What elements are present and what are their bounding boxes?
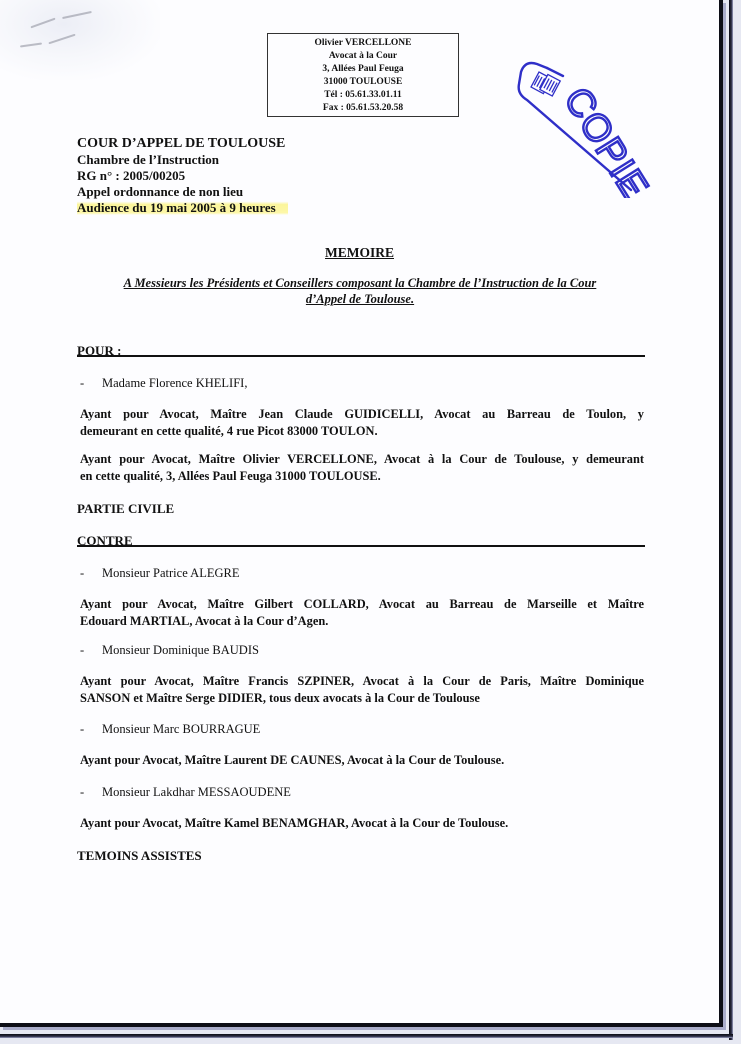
- court-header: COUR D’APPEL DE TOULOUSE Chambre de l’In…: [77, 136, 288, 216]
- case-number: RG n° : 2005/00205: [77, 168, 288, 184]
- appeal-type: Appel ordonnance de non lieu: [77, 184, 288, 200]
- letterhead-name: Olivier VERCELLONE: [268, 37, 458, 50]
- court-name: COUR D’APPEL DE TOULOUSE: [77, 136, 288, 152]
- bullet-dash: -: [80, 566, 102, 581]
- lawyer-line-2: demeurant en cette qualité, 4 rue Picot …: [80, 423, 644, 440]
- section-contre-rule: [77, 545, 645, 547]
- lawyer-line-1: Ayant pour Avocat, Maître Francis SZPINE…: [80, 673, 644, 690]
- addressee: A Messieurs les Présidents et Conseiller…: [90, 275, 630, 307]
- defendant: -Monsieur Patrice ALEGRE: [80, 566, 239, 581]
- page-frame-bottom: [0, 1034, 733, 1038]
- defendant-name: Monsieur Patrice ALEGRE: [102, 566, 239, 580]
- plaintiff-name: Madame Florence KHELIFI,: [102, 376, 247, 390]
- defendant: -Monsieur Marc BOURRAGUE: [80, 722, 260, 737]
- letterhead-title: Avocat à la Cour: [268, 50, 458, 63]
- lawyer-line-2: Edouard MARTIAL, Avocat à la Cour d’Agen…: [80, 613, 644, 630]
- page-frame-right: [729, 0, 733, 1040]
- defendant: -Monsieur Dominique BAUDIS: [80, 643, 259, 658]
- defendant-lawyers: Ayant pour Avocat, Maître Francis SZPINE…: [80, 673, 644, 707]
- document-title: MEMOIRE: [0, 245, 719, 261]
- letterhead-phone: Tél : 05.61.33.01.11: [268, 89, 458, 102]
- defendant: -Monsieur Lakdhar MESSAOUDENE: [80, 785, 291, 800]
- stamp-text: COPIE: [555, 81, 656, 198]
- hearing-date: Audience du 19 mai 2005 à 9 heures: [77, 200, 288, 215]
- lawyer-line-1: Ayant pour Avocat, Maître Jean Claude GU…: [80, 406, 644, 423]
- lawyer-line-1: Ayant pour Avocat, Maître Laurent DE CAU…: [80, 752, 644, 769]
- role-partie-civile: PARTIE CIVILE: [77, 501, 174, 517]
- bullet-dash: -: [80, 722, 102, 737]
- copie-stamp: COPIE: [513, 58, 673, 198]
- defendant-name: Monsieur Lakdhar MESSAOUDENE: [102, 785, 291, 799]
- letterhead-fax: Fax : 05.61.53.20.58: [268, 102, 458, 115]
- documents-icon: [531, 70, 560, 98]
- defendant-name: Monsieur Dominique BAUDIS: [102, 643, 259, 657]
- paper-crease: [0, 0, 160, 80]
- letterhead-city: 31000 TOULOUSE: [268, 76, 458, 89]
- defendant-lawyers: Ayant pour Avocat, Maître Gilbert COLLAR…: [80, 596, 644, 630]
- addressee-line-2: d’Appel de Toulouse.: [90, 291, 630, 307]
- bullet-dash: -: [80, 643, 102, 658]
- defendant-lawyers: Ayant pour Avocat, Maître Kamel BENAMGHA…: [80, 815, 644, 832]
- letterhead-street: 3, Allées Paul Feuga: [268, 63, 458, 76]
- plaintiff: -Madame Florence KHELIFI,: [80, 376, 247, 391]
- chamber-name: Chambre de l’Instruction: [77, 152, 288, 168]
- lawyer-line-2: en cette qualité, 3, Allées Paul Feuga 3…: [80, 468, 644, 485]
- bullet-dash: -: [80, 376, 102, 391]
- defendant-name: Monsieur Marc BOURRAGUE: [102, 722, 260, 736]
- document-page: Olivier VERCELLONE Avocat à la Cour 3, A…: [0, 0, 723, 1027]
- section-pour-rule: [77, 355, 645, 357]
- lawyer-line-1: Ayant pour Avocat, Maître Gilbert COLLAR…: [80, 596, 644, 613]
- letterhead-box: Olivier VERCELLONE Avocat à la Cour 3, A…: [267, 33, 459, 117]
- lawyer-line-1: Ayant pour Avocat, Maître Kamel BENAMGHA…: [80, 815, 644, 832]
- defendant-lawyers: Ayant pour Avocat, Maître Laurent DE CAU…: [80, 752, 644, 769]
- lawyer-line-2: SANSON et Maître Serge DIDIER, tous deux…: [80, 690, 644, 707]
- lawyer-line-1: Ayant pour Avocat, Maître Olivier VERCEL…: [80, 451, 644, 468]
- plaintiff-lawyer-1: Ayant pour Avocat, Maître Jean Claude GU…: [80, 406, 644, 440]
- section-temoins-heading: TEMOINS ASSISTES: [77, 848, 202, 864]
- bullet-dash: -: [80, 785, 102, 800]
- addressee-line-1: A Messieurs les Présidents et Conseiller…: [90, 275, 630, 291]
- plaintiff-lawyer-2: Ayant pour Avocat, Maître Olivier VERCEL…: [80, 451, 644, 485]
